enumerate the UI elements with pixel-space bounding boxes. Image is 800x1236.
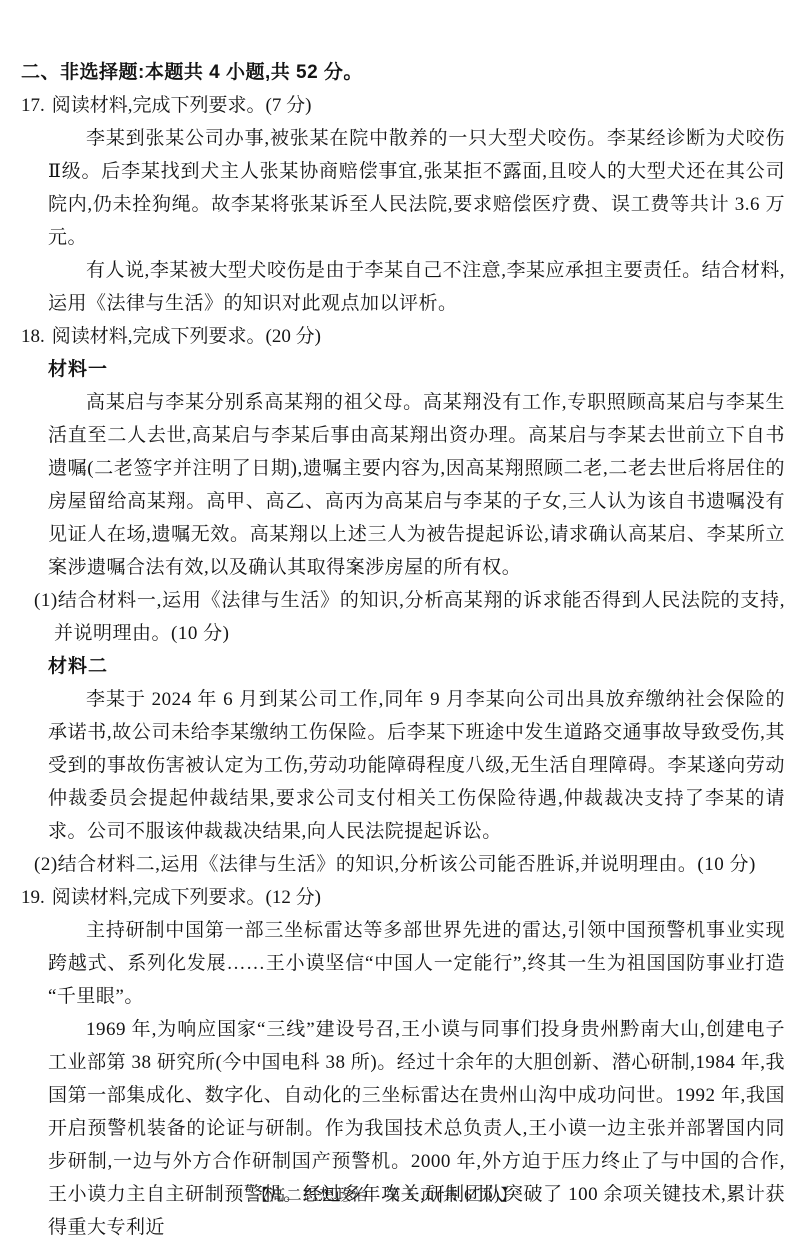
question-17-heading: 17.阅读材料,完成下列要求。(7 分) <box>48 89 785 122</box>
question-19-number: 19. <box>21 887 45 908</box>
corner-mark: .. <box>771 1190 779 1202</box>
question-18-sub-2: (2)结合材料二,运用《法律与生活》的知识,分析该公司能否胜诉,并说明理由。(1… <box>54 848 785 881</box>
question-18-heading: 18.阅读材料,完成下列要求。(20 分) <box>48 320 785 353</box>
page-footer: 【高二思想政治 第 5 页(共 6 页)】 <box>0 1182 770 1210</box>
question-18-number: 18. <box>21 326 45 347</box>
material-two-text: 李某于 2024 年 6 月到某公司工作,同年 9 月李某向公司出具放弃缴纳社会… <box>48 683 785 848</box>
question-18: 18.阅读材料,完成下列要求。(20 分) 材料一 高某启与李某分别系高某翔的祖… <box>48 320 785 881</box>
question-19-heading: 19.阅读材料,完成下列要求。(12 分) <box>48 881 785 914</box>
question-17-number: 17. <box>21 95 45 116</box>
material-one-label: 材料一 <box>48 353 785 386</box>
material-two-label: 材料二 <box>48 650 785 683</box>
question-17: 17.阅读材料,完成下列要求。(7 分) 李某到张某公司办事,被张某在院中散养的… <box>48 89 785 320</box>
question-18-title: 阅读材料,完成下列要求。(20 分) <box>52 326 321 347</box>
question-17-paragraph-1: 李某到张某公司办事,被张某在院中散养的一只大型犬咬伤。李某经诊断为犬咬伤Ⅱ级。后… <box>48 122 785 254</box>
exam-page: 二、非选择题:本题共 4 小题,共 52 分。 17.阅读材料,完成下列要求。(… <box>0 0 800 1236</box>
section-header: 二、非选择题:本题共 4 小题,共 52 分。 <box>48 56 785 89</box>
question-19-title: 阅读材料,完成下列要求。(12 分) <box>52 887 321 908</box>
question-18-sub-1: (1)结合材料一,运用《法律与生活》的知识,分析高某翔的诉求能否得到人民法院的支… <box>54 584 785 650</box>
question-17-paragraph-2: 有人说,李某被大型犬咬伤是由于李某自己不注意,李某应承担主要责任。结合材料,运用… <box>48 254 785 320</box>
material-one-text: 高某启与李某分别系高某翔的祖父母。高某翔没有工作,专职照顾高某启与李某生活直至二… <box>48 386 785 584</box>
question-17-title: 阅读材料,完成下列要求。(7 分) <box>52 95 312 116</box>
question-19-paragraph-1: 主持研制中国第一部三坐标雷达等多部世界先进的雷达,引领中国预警机事业实现跨越式、… <box>48 914 785 1013</box>
